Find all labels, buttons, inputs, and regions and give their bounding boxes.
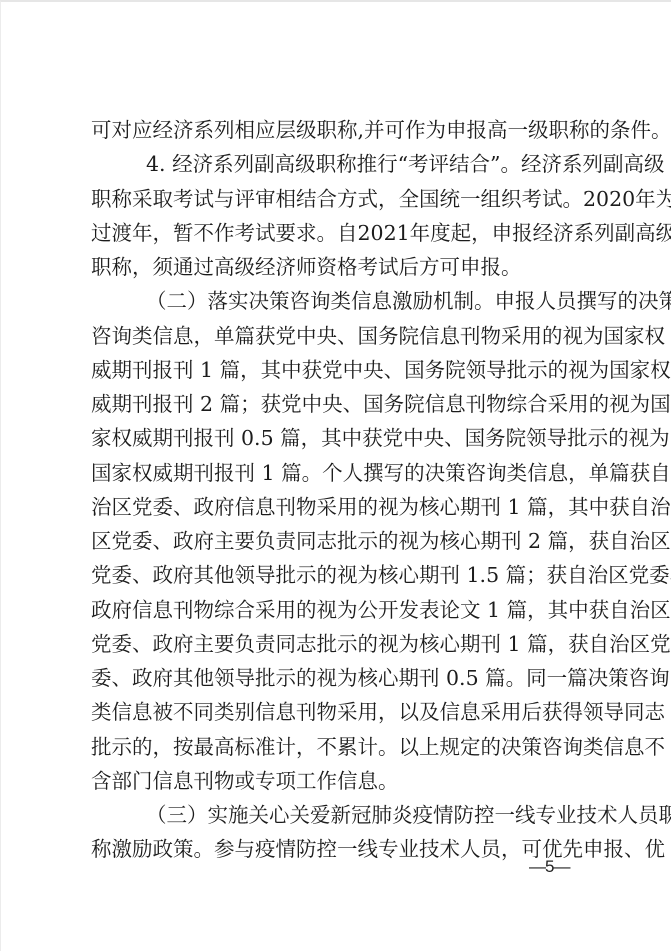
- text-line: 职称采取考试与评审相结合方式，全国统一组织考试。2020年为: [91, 182, 591, 216]
- text-line: 家权威期刊报刊 0.5 篇，其中获党中央、国务院领导批示的视为: [91, 421, 591, 455]
- text-line: 4. 经济系列副高级职称推行“考评结合”。经济系列副高级: [91, 147, 591, 181]
- text-line: 过渡年，暂不作考试要求。自2021年度起，申报经济系列副高级: [91, 216, 591, 250]
- text-line: 职称，须通过高级经济师资格考试后方可申报。: [91, 250, 591, 284]
- document-page: 可对应经济系列相应层级职称,并可作为申报高一级职称的条件。 4. 经济系列副高级…: [0, 0, 671, 951]
- text-line: 党委、政府主要负责同志批示的视为核心期刊 1 篇，获自治区党: [91, 627, 591, 661]
- paragraph-section-2: （二）落实决策咨询类信息激励机制。申报人员撰写的决策 咨询类信息，单篇获党中央、…: [91, 284, 591, 798]
- page-number: —5—: [529, 857, 569, 877]
- section-heading-line: （三）实施关心关爱新冠肺炎疫情防控一线专业技术人员职: [91, 798, 591, 832]
- section-heading-line: （二）落实决策咨询类信息激励机制。申报人员撰写的决策: [91, 284, 591, 318]
- text-line: 国家权威期刊报刊 1 篇。个人撰写的决策咨询类信息，单篇获自: [91, 456, 591, 490]
- text-line: 委、政府其他领导批示的视为核心期刊 0.5 篇。同一篇决策咨询: [91, 661, 591, 695]
- text-line: 批示的，按最高标准计，不累计。以上规定的决策咨询类信息不: [91, 730, 591, 764]
- text-line: 含部门信息刊物或专项工作信息。: [91, 764, 591, 798]
- text-line: 政府信息刊物综合采用的视为公开发表论文 1 篇，其中获自治区: [91, 593, 591, 627]
- text-line: 治区党委、政府信息刊物采用的视为核心期刊 1 篇，其中获自治: [91, 490, 591, 524]
- text-line: 称激励政策。参与疫情防控一线专业技术人员，可优先申报、优: [91, 832, 591, 866]
- text-line: 威期刊报刊 1 篇，其中获党中央、国务院领导批示的视为国家权: [91, 353, 591, 387]
- paragraph-section-3: （三）实施关心关爱新冠肺炎疫情防控一线专业技术人员职 称激励政策。参与疫情防控一…: [91, 798, 591, 867]
- text-line: 威期刊报刊 2 篇；获党中央、国务院信息刊物综合采用的视为国: [91, 387, 591, 421]
- document-body: 可对应经济系列相应层级职称,并可作为申报高一级职称的条件。 4. 经济系列副高级…: [91, 113, 591, 867]
- text-line: 党委、政府其他领导批示的视为核心期刊 1.5 篇；获自治区党委、: [91, 558, 591, 592]
- text-line: 类信息被不同类别信息刊物采用，以及信息采用后获得领导同志: [91, 695, 591, 729]
- paragraph-item-4: 4. 经济系列副高级职称推行“考评结合”。经济系列副高级 职称采取考试与评审相结…: [91, 147, 591, 284]
- text-line: 可对应经济系列相应层级职称,并可作为申报高一级职称的条件。: [91, 113, 591, 147]
- text-line: 区党委、政府主要负责同志批示的视为核心期刊 2 篇，获自治区: [91, 524, 591, 558]
- paragraph-continuation: 可对应经济系列相应层级职称,并可作为申报高一级职称的条件。: [91, 113, 591, 147]
- text-line: 咨询类信息，单篇获党中央、国务院信息刊物采用的视为国家权: [91, 319, 591, 353]
